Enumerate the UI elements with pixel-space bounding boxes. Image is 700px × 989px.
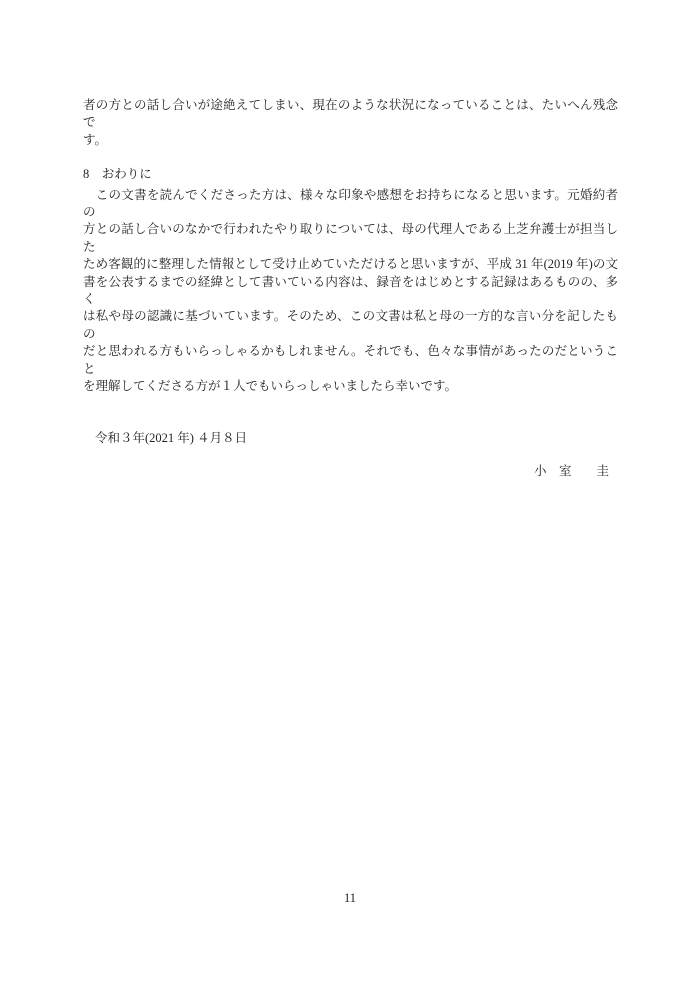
text-line: す。 (83, 132, 618, 149)
text-line: を理解してくださる方が１人でもいらっしゃいましたら幸いです。 (83, 378, 618, 395)
text-line: 方との話し合いのなかで行われたやり取りについては、母の代理人である上芝弁護士が担… (83, 221, 618, 256)
signature: 小 室 圭 (83, 463, 618, 480)
text-line: ため客観的に整理した情報として受け止めていただけると思いますが、平成 31 年(… (83, 256, 618, 273)
text-line: だと思われる方もいらっしゃるかもしれません。それでも、色々な事情があったのだとい… (83, 343, 618, 378)
text-line: この文書を読んでくださった方は、様々な印象や感想をお持ちになると思います。元婚約… (83, 187, 618, 222)
document-content: 者の方との話し合いが途絶えてしまい、現在のような状況になっていることは、たいへん… (83, 97, 618, 480)
document-page: 者の方との話し合いが途絶えてしまい、現在のような状況になっていることは、たいへん… (0, 0, 700, 989)
text-line: 書を公表するまでの経緯として書いている内容は、録音をはじめとする記録はあるものの… (83, 274, 618, 309)
section-body-paragraph: この文書を読んでくださった方は、様々な印象や感想をお持ちになると思います。元婚約… (83, 187, 618, 396)
section-heading: 8 おわりに (83, 166, 618, 183)
page-number: 11 (0, 890, 700, 907)
text-line: 者の方との話し合いが途絶えてしまい、現在のような状況になっていることは、たいへん… (83, 97, 618, 132)
date-line: 令和３年(2021 年) ４月８日 (95, 430, 618, 447)
closing-continuation-paragraph: 者の方との話し合いが途絶えてしまい、現在のような状況になっていることは、たいへん… (83, 97, 618, 149)
text-line: は私や母の認識に基づいています。そのため、この文書は私と母の一方的な言い分を記し… (83, 308, 618, 343)
